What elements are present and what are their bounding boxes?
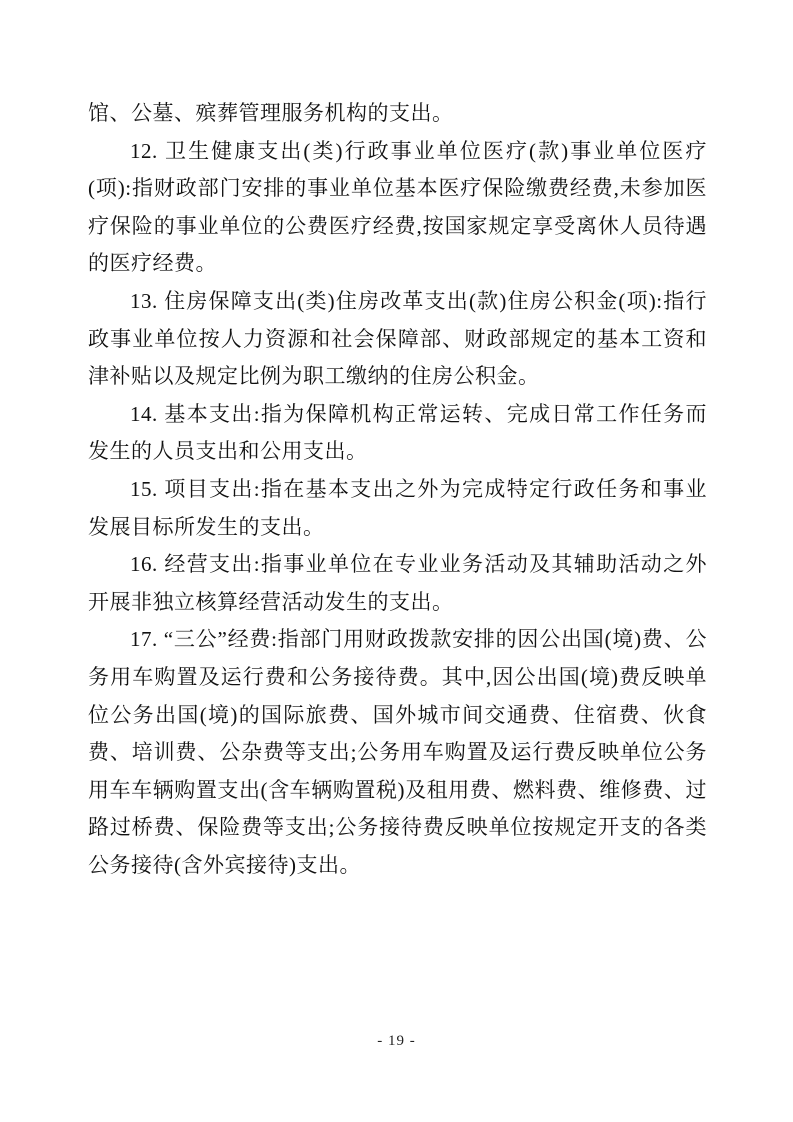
paragraph-item-16: 16. 经营支出:指事业单位在专业业务活动及其辅助活动之外开展非独立核算经营活动… bbox=[88, 546, 707, 621]
paragraph-item-15: 15. 项目支出:指在基本支出之外为完成特定行政任务和事业发展目标所发生的支出。 bbox=[88, 471, 707, 546]
paragraph-item-17: 17. “三公”经费:指部门用财政拨款安排的因公出国(境)费、公务用车购置及运行… bbox=[88, 621, 707, 884]
document-body: 馆、公墓、殡葬管理服务机构的支出。 12. 卫生健康支出(类)行政事业单位医疗(… bbox=[88, 95, 707, 884]
document-page: 馆、公墓、殡葬管理服务机构的支出。 12. 卫生健康支出(类)行政事业单位医疗(… bbox=[0, 0, 793, 1122]
paragraph-continuation: 馆、公墓、殡葬管理服务机构的支出。 bbox=[88, 95, 707, 133]
page-number: - 19 - bbox=[0, 1033, 793, 1050]
paragraph-item-13: 13. 住房保障支出(类)住房改革支出(款)住房公积金(项):指行政事业单位按人… bbox=[88, 283, 707, 396]
paragraph-item-14: 14. 基本支出:指为保障机构正常运转、完成日常工作任务而发生的人员支出和公用支… bbox=[88, 396, 707, 471]
paragraph-item-12: 12. 卫生健康支出(类)行政事业单位医疗(款)事业单位医疗(项):指财政部门安… bbox=[88, 133, 707, 283]
